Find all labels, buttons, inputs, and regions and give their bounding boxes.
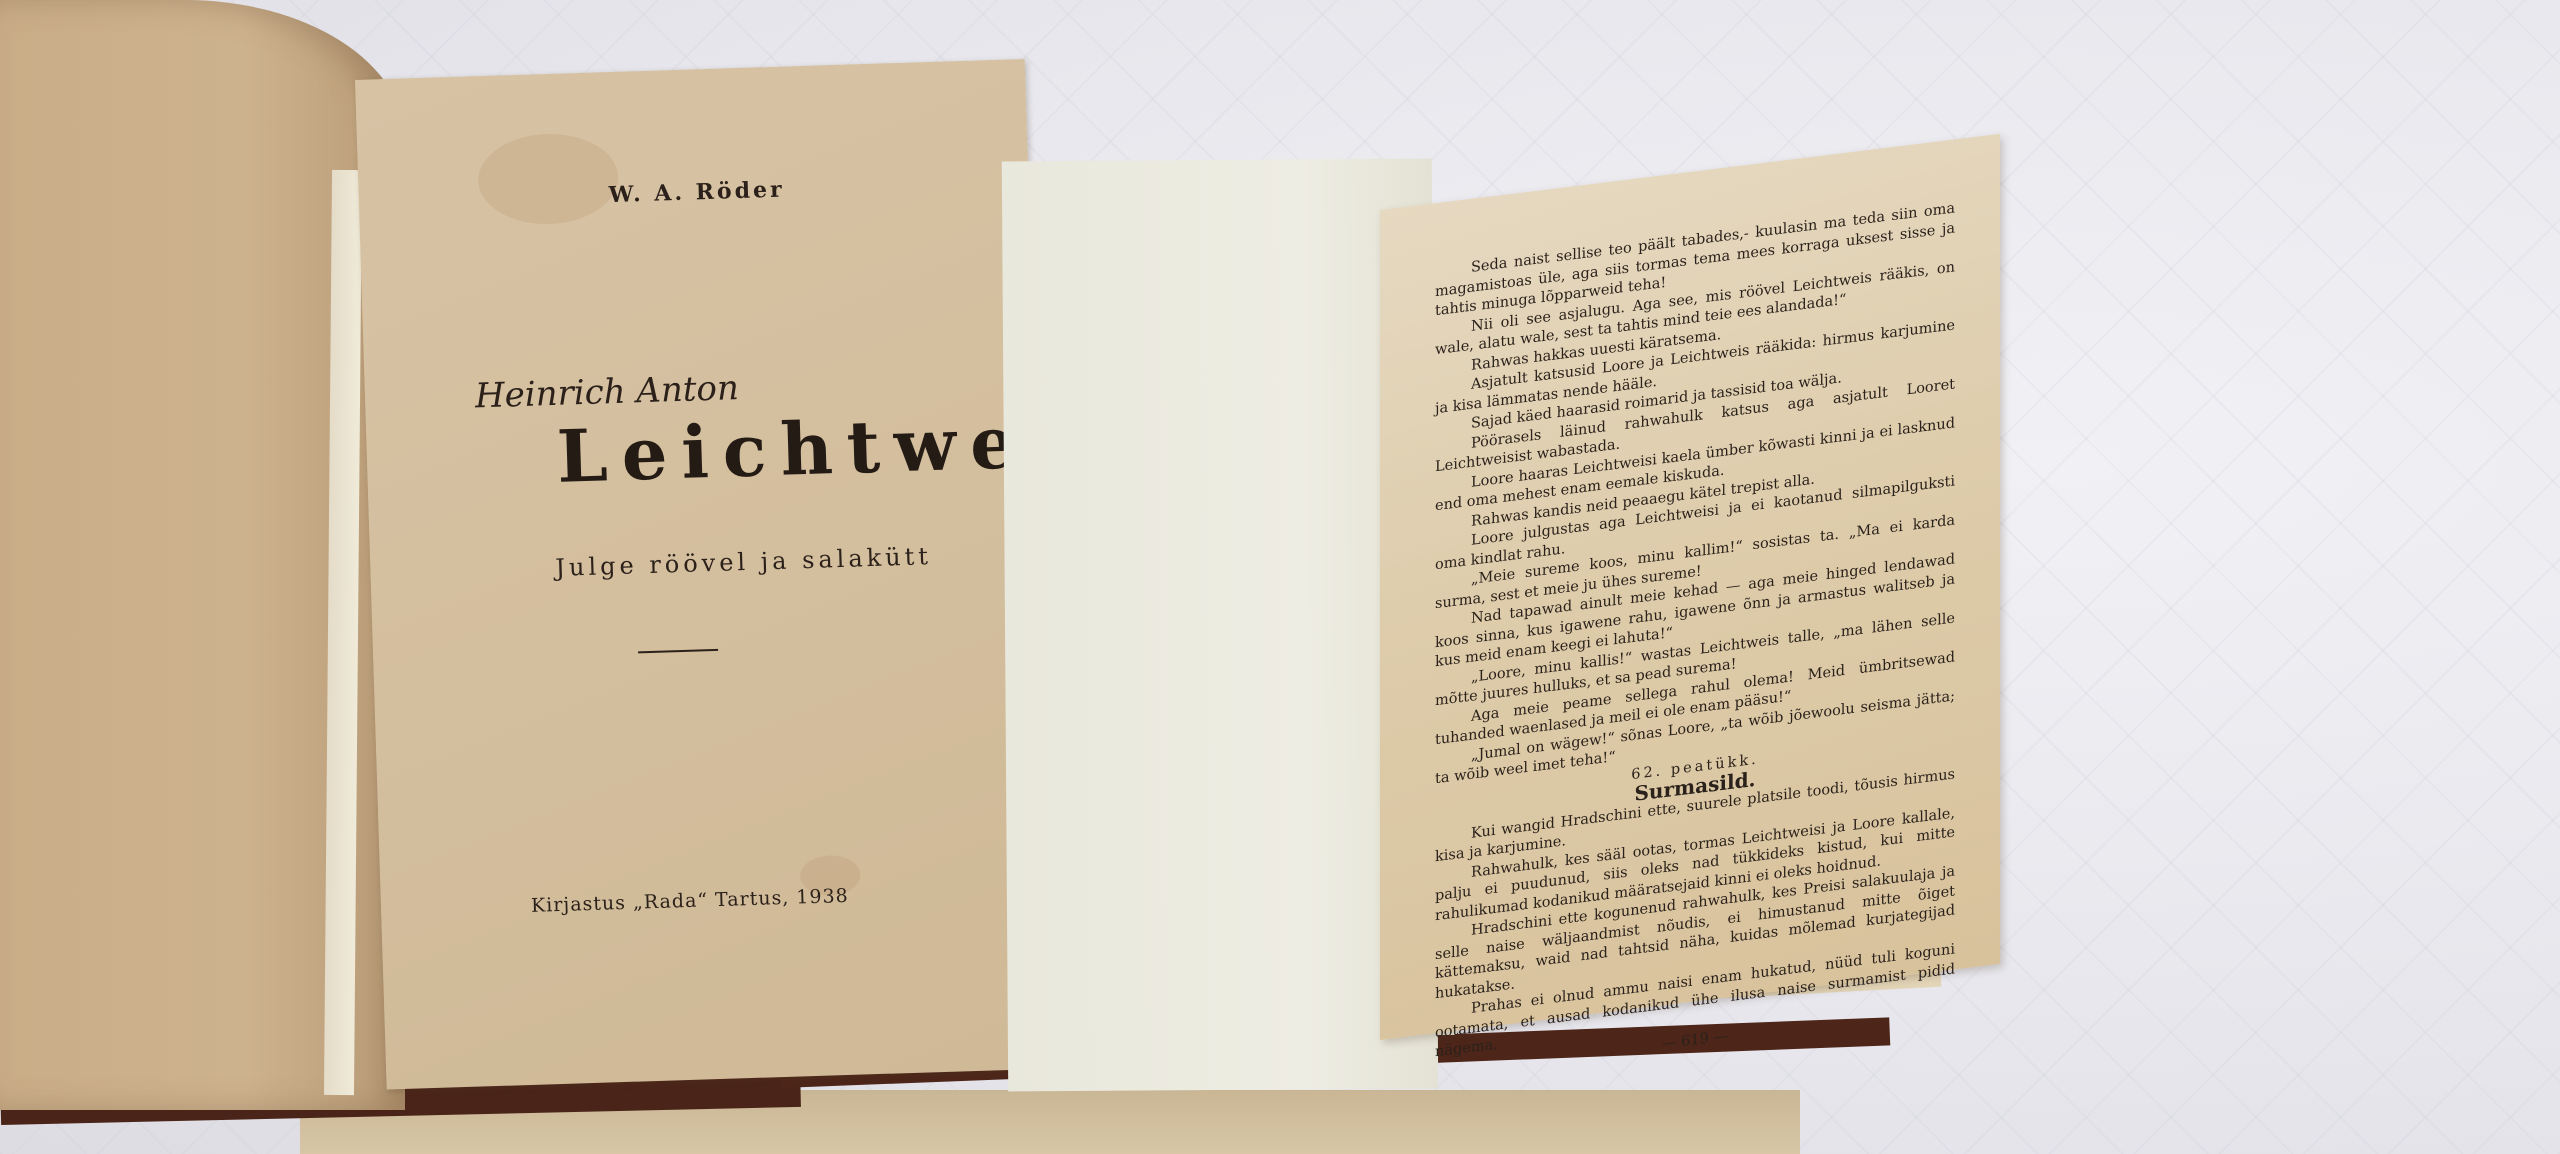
stain: [477, 132, 620, 226]
blank-endpaper: [1002, 159, 1438, 1092]
text-page: Seda naist sellise teo päält tabades,- k…: [1380, 150, 2020, 1010]
text-page-sheet: Seda naist sellise teo päält tabades,- k…: [1380, 134, 2000, 1040]
publisher-line: Kirjastus „Rada“ Tartus, 1938: [531, 885, 849, 917]
author-name: W. A. Röder: [608, 177, 785, 209]
page-body: Seda naist sellise teo päält tabades,- k…: [1435, 199, 1955, 1082]
book-subtitle: Julge röövel ja salakütt: [555, 542, 932, 582]
divider-rule: [638, 649, 718, 654]
title-page: W. A. Röder Heinrich Anton Leichtweis Ju…: [355, 59, 1056, 1090]
